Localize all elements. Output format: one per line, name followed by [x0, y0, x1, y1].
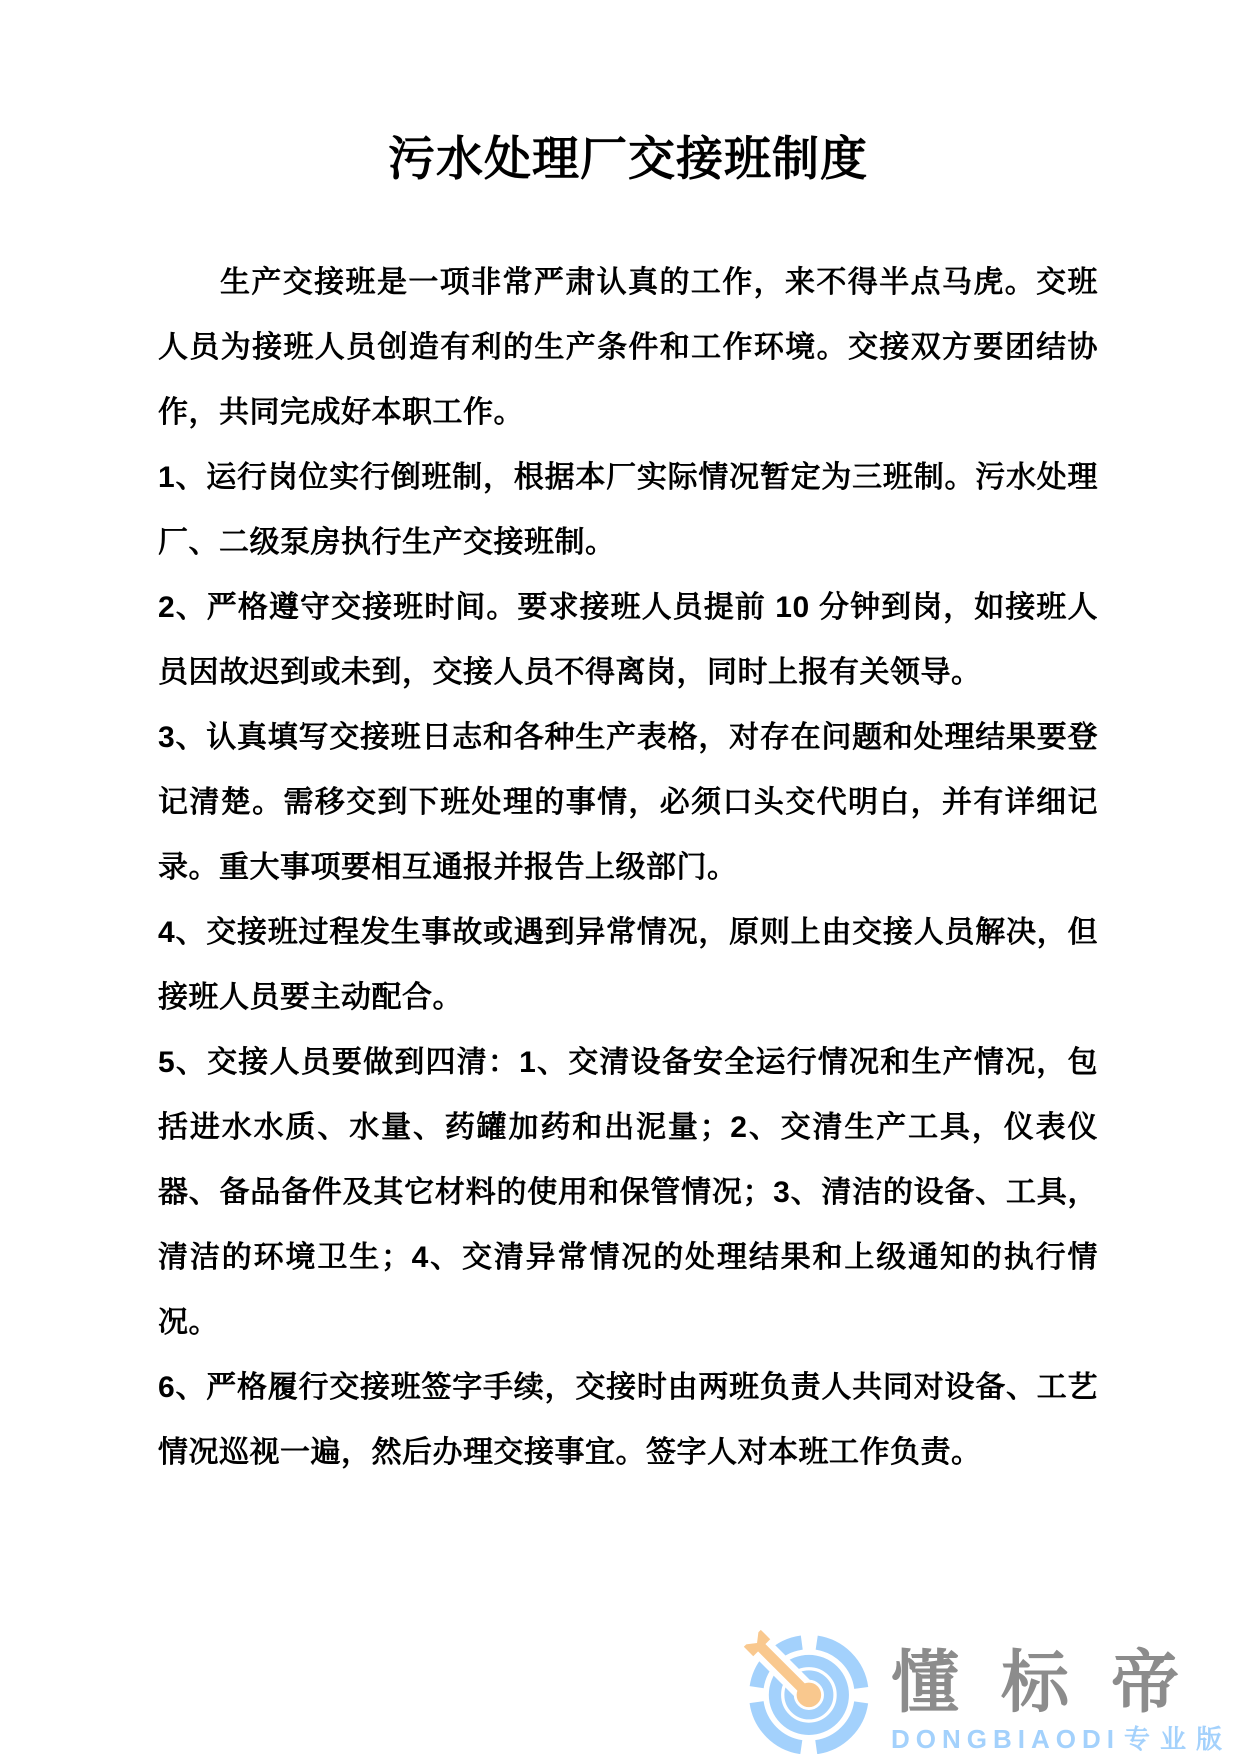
document-page: 污水处理厂交接班制度 生产交接班是一项非常严肃认真的工作，来不得半点马虎。交班人… [0, 0, 1241, 1754]
paragraph: 5、交接人员要做到四清：1、交清设备安全运行情况和生产情况，包括进水水质、水量、… [158, 1030, 1098, 1355]
brand-text: 懂标帝 DONGBIAODI专业版 [891, 1649, 1232, 1752]
document-title: 污水处理厂交接班制度 [158, 130, 1098, 188]
paragraph: 6、严格履行交接班签字手续，交接时由两班负责人共同对设备、工艺情况巡视一遍，然后… [158, 1355, 1098, 1485]
paragraph: 生产交接班是一项非常严肃认真的工作，来不得半点马虎。交班人员为接班人员创造有利的… [158, 250, 1098, 445]
paragraph: 3、认真填写交接班日志和各种生产表格，对存在问题和处理结果要登记清楚。需移交到下… [158, 705, 1098, 900]
paragraph: 4、交接班过程发生事故或遇到异常情况，原则上由交接人员解决，但接班人员要主动配合… [158, 900, 1098, 1030]
brand-name-latin: DONGBIAODI [891, 1724, 1120, 1754]
brand-caption: DONGBIAODI专业版 [891, 1726, 1232, 1752]
target-arrow-icon [741, 1627, 873, 1754]
paragraph: 2、严格遵守交接班时间。要求接班人员提前 10 分钟到岗，如接班人员因故迟到或未… [158, 575, 1098, 705]
document-content: 污水处理厂交接班制度 生产交接班是一项非常严肃认真的工作，来不得半点马虎。交班人… [158, 130, 1098, 1485]
brand-edition: 专业版 [1124, 1724, 1232, 1754]
document-body: 生产交接班是一项非常严肃认真的工作，来不得半点马虎。交班人员为接班人员创造有利的… [158, 250, 1098, 1485]
paragraph: 1、运行岗位实行倒班制，根据本厂实际情况暂定为三班制。污水处理厂、二级泵房执行生… [158, 445, 1098, 575]
brand-name-cn: 懂标帝 [891, 1649, 1232, 1717]
brand-watermark: 懂标帝 DONGBIAODI专业版 [741, 1627, 1232, 1754]
